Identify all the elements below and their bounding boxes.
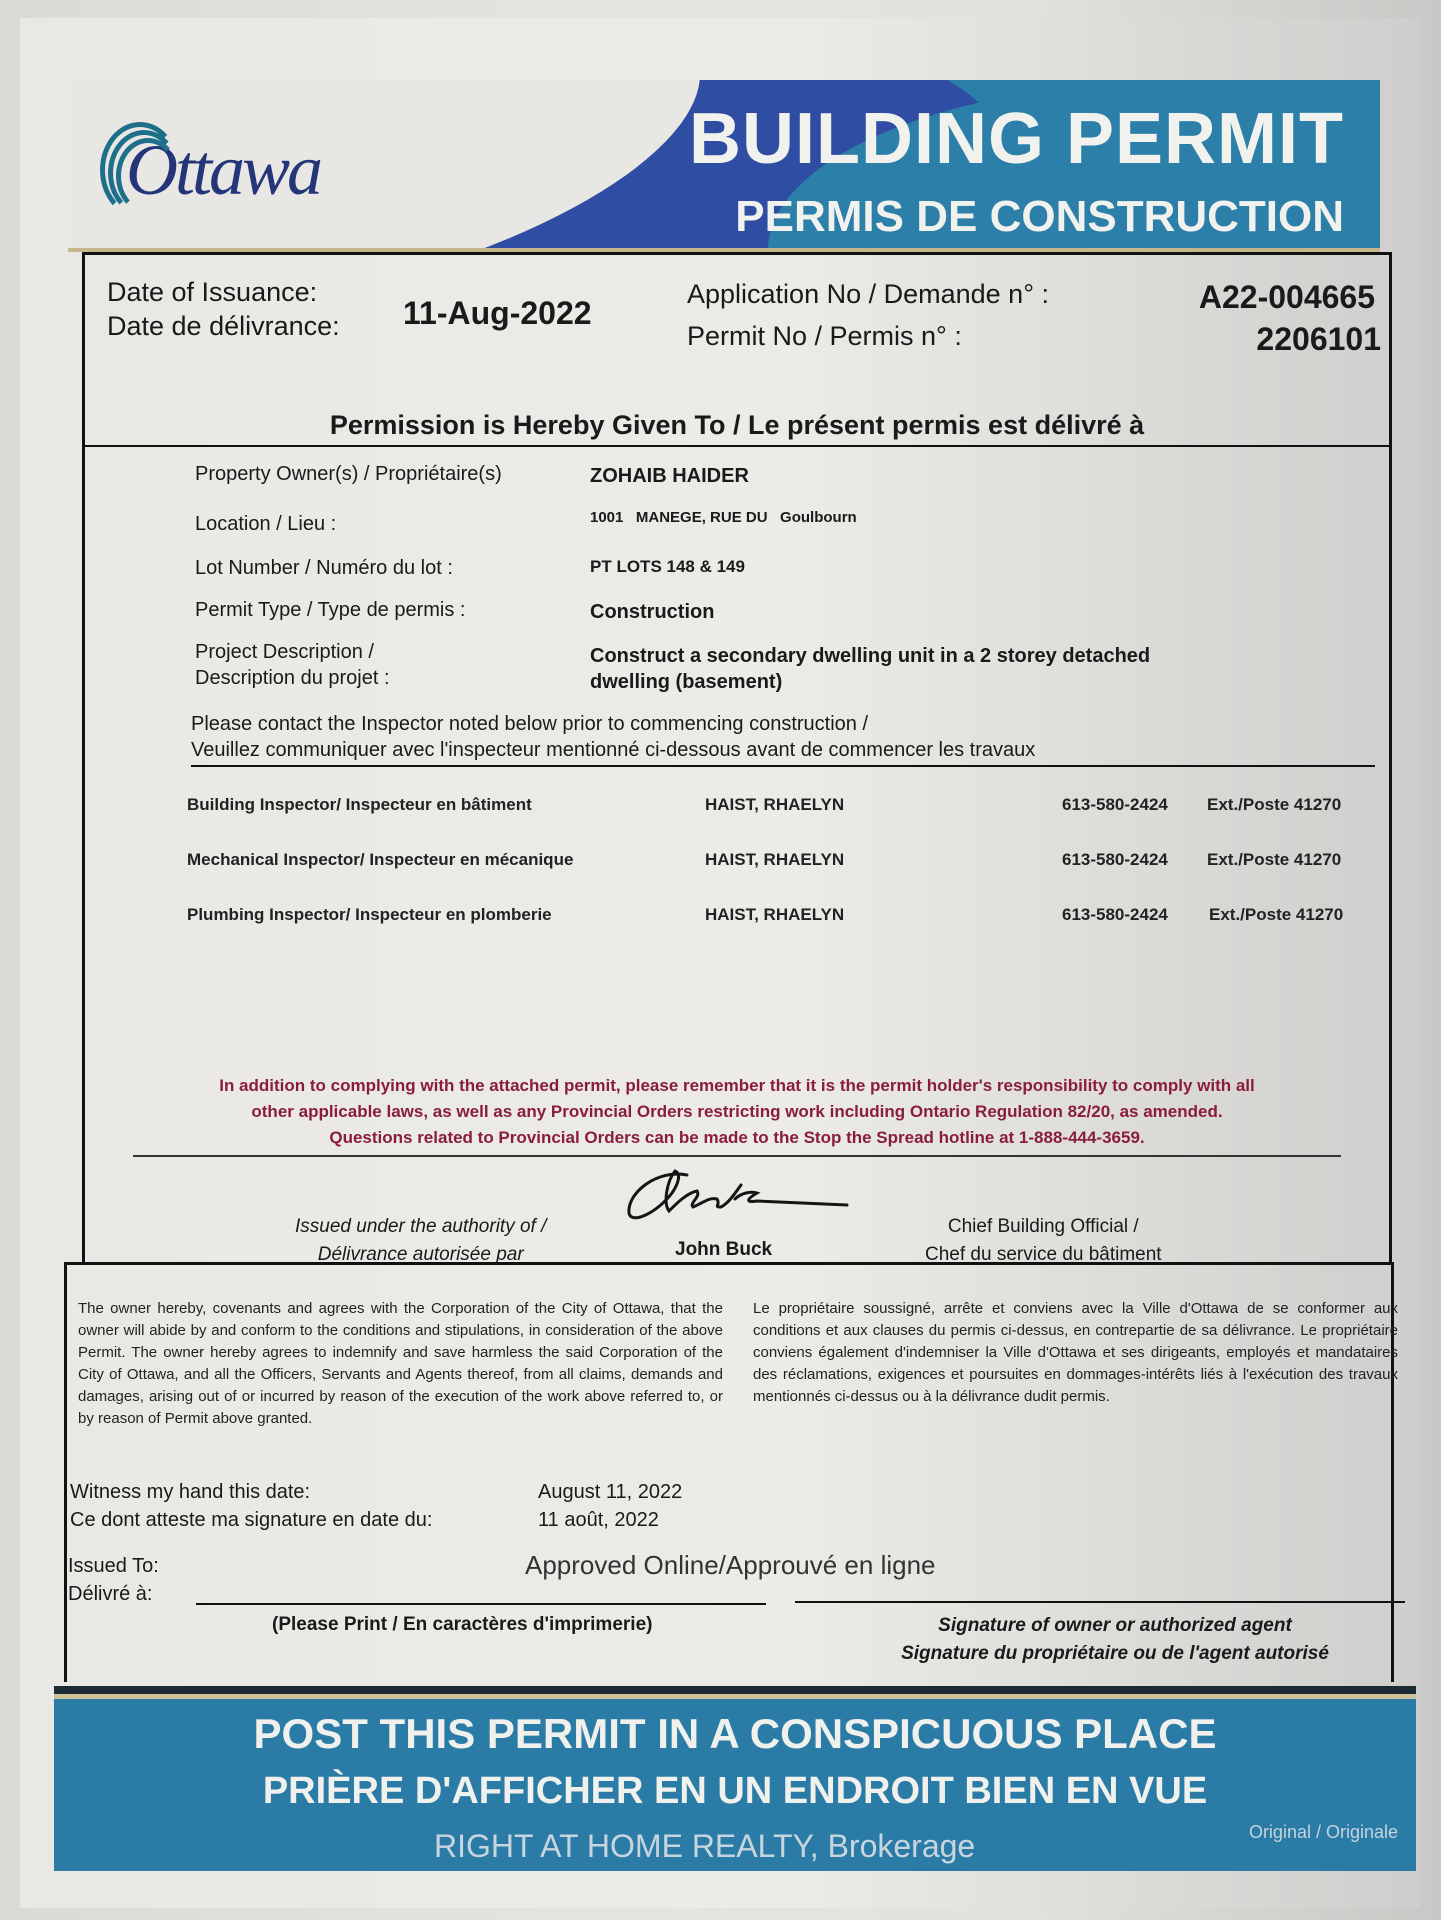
inspector-phone: 613-580-2424: [1062, 905, 1168, 925]
issued-to-label: Issued To: Délivré à:: [68, 1552, 159, 1608]
owner-signature-label-en: Signature of owner or authorized agent: [870, 1612, 1360, 1640]
official-name: John Buck: [675, 1239, 772, 1261]
detail-label: Permit Type / Type de permis :: [195, 599, 575, 622]
official-signature-icon: [617, 1163, 877, 1243]
permit-number: 2206101: [1256, 321, 1381, 358]
project-description-line-2: dwelling (basement): [590, 669, 1150, 695]
project-description-line-1: Construct a secondary dwelling unit in a…: [590, 643, 1150, 669]
notice-divider: [133, 1155, 1341, 1157]
inspector-phone: 613-580-2424: [1062, 850, 1168, 870]
inspector-extension: Ext./Poste 41270: [1209, 905, 1343, 925]
inspector-name: HAIST, RHAELYN: [705, 850, 844, 870]
contact-note-en: Please contact the Inspector noted below…: [191, 711, 1035, 737]
application-number: A22-004665: [1199, 279, 1375, 316]
witness-label-fr: Ce dont atteste ma signature en date du:: [70, 1506, 432, 1534]
witness-date-fr: 11 août, 2022: [538, 1506, 682, 1534]
permission-heading: Permission is Hereby Given To / Le prése…: [85, 410, 1389, 441]
authority-label: Issued under the authority of / Délivran…: [295, 1213, 546, 1269]
permit-number-label: Permit No / Permis n° :: [687, 321, 962, 352]
inspector-phone: 613-580-2424: [1062, 795, 1168, 815]
inspector-name: HAIST, RHAELYN: [705, 795, 844, 815]
title-permis-construction: PERMIS DE CONSTRUCTION: [735, 192, 1344, 242]
print-name-line: [196, 1603, 766, 1605]
permit-footer: POST THIS PERMIT IN A CONSPICUOUS PLACE …: [54, 1686, 1416, 1876]
official-title-en: Chief Building Official /: [925, 1213, 1162, 1241]
notice-line-2: other applicable laws, as well as any Pr…: [145, 1099, 1329, 1125]
inspector-extension: Ext./Poste 41270: [1207, 850, 1341, 870]
contact-inspector-note: Please contact the Inspector noted below…: [191, 711, 1035, 763]
permit-main-box: Date of Issuance: Date de délivrance: 11…: [82, 252, 1392, 1262]
box-border-left: [64, 1262, 67, 1682]
signature-line: [795, 1601, 1405, 1603]
copy-label: Original / Originale: [1249, 1822, 1398, 1843]
witness-date: August 11, 2022 11 août, 2022: [538, 1478, 682, 1534]
title-building-permit: BUILDING PERMIT: [689, 98, 1344, 180]
detail-label: Lot Number / Numéro du lot :: [195, 557, 575, 580]
inspector-role: Plumbing Inspector/ Inspecteur en plombe…: [187, 905, 552, 925]
notice-line-1: In addition to complying with the attach…: [145, 1073, 1329, 1099]
section-divider: [64, 1262, 1394, 1265]
brokerage-watermark: RIGHT AT HOME REALTY, Brokerage: [434, 1828, 975, 1865]
owner-signature-label-fr: Signature du propriétaire ou de l'agent …: [870, 1640, 1360, 1668]
ottawa-logo: Ottawa: [100, 116, 320, 206]
notice-line-3: Questions related to Provincial Orders c…: [145, 1125, 1329, 1151]
legal-text-fr: Le propriétaire soussigné, arrête et con…: [753, 1298, 1398, 1408]
official-title: Chief Building Official / Chef du servic…: [925, 1213, 1162, 1269]
footer-dark-rule: [54, 1686, 1416, 1694]
inspector-extension: Ext./Poste 41270: [1207, 795, 1341, 815]
project-label-en: Project Description /: [195, 639, 575, 665]
detail-label: Location / Lieu :: [195, 513, 575, 536]
issued-to-label-en: Issued To:: [68, 1552, 159, 1580]
witness-date-en: August 11, 2022: [538, 1478, 682, 1506]
detail-value-lot: PT LOTS 148 & 149: [590, 557, 745, 577]
inspector-role: Building Inspector/ Inspecteur en bâtime…: [187, 795, 532, 815]
issuance-date-label-fr: Date de délivrance:: [107, 311, 340, 342]
print-name-label: (Please Print / En caractères d'imprimer…: [272, 1614, 652, 1636]
logo-arcs-icon: [100, 116, 148, 206]
witness-label-en: Witness my hand this date:: [70, 1478, 432, 1506]
inspector-role: Mechanical Inspector/ Inspecteur en méca…: [187, 850, 573, 870]
detail-value-owner: ZOHAIB HAIDER: [590, 465, 749, 488]
detail-value-location: 1001 MANEGE, RUE DU Goulbourn: [590, 509, 857, 526]
project-description: Construct a secondary dwelling unit in a…: [590, 643, 1150, 695]
issued-to-value: Approved Online/Approuvé en ligne: [525, 1550, 936, 1581]
inspector-name: HAIST, RHAELYN: [705, 905, 844, 925]
application-number-label: Application No / Demande n° :: [687, 279, 1049, 310]
permit-header: Ottawa BUILDING PERMIT PERMIS DE CONSTRU…: [68, 80, 1380, 250]
witness-label: Witness my hand this date: Ce dont attes…: [70, 1478, 432, 1534]
owner-signature-label: Signature of owner or authorized agent S…: [870, 1612, 1360, 1668]
detail-label: Property Owner(s) / Propriétaire(s): [195, 463, 575, 486]
issuance-date-label-en: Date of Issuance:: [107, 277, 317, 308]
project-label-fr: Description du projet :: [195, 665, 575, 691]
section-divider: [191, 765, 1375, 767]
post-notice-en: POST THIS PERMIT IN A CONSPICUOUS PLACE: [54, 1710, 1416, 1758]
issuance-date: 11-Aug-2022: [403, 295, 592, 332]
post-notice-fr: PRIÈRE D'AFFICHER EN UN ENDROIT BIEN EN …: [54, 1770, 1416, 1813]
provincial-orders-notice: In addition to complying with the attach…: [145, 1073, 1329, 1151]
contact-note-fr: Veuillez communiquer avec l'inspecteur m…: [191, 737, 1035, 763]
authority-label-en: Issued under the authority of /: [295, 1213, 546, 1241]
project-label: Project Description / Description du pro…: [195, 639, 575, 691]
detail-value-permit-type: Construction: [590, 601, 714, 624]
legal-text-en: The owner hereby, covenants and agrees w…: [78, 1298, 723, 1430]
issued-to-label-fr: Délivré à:: [68, 1580, 159, 1608]
issuance-section: Date of Issuance: Date de délivrance: 11…: [85, 255, 1389, 447]
